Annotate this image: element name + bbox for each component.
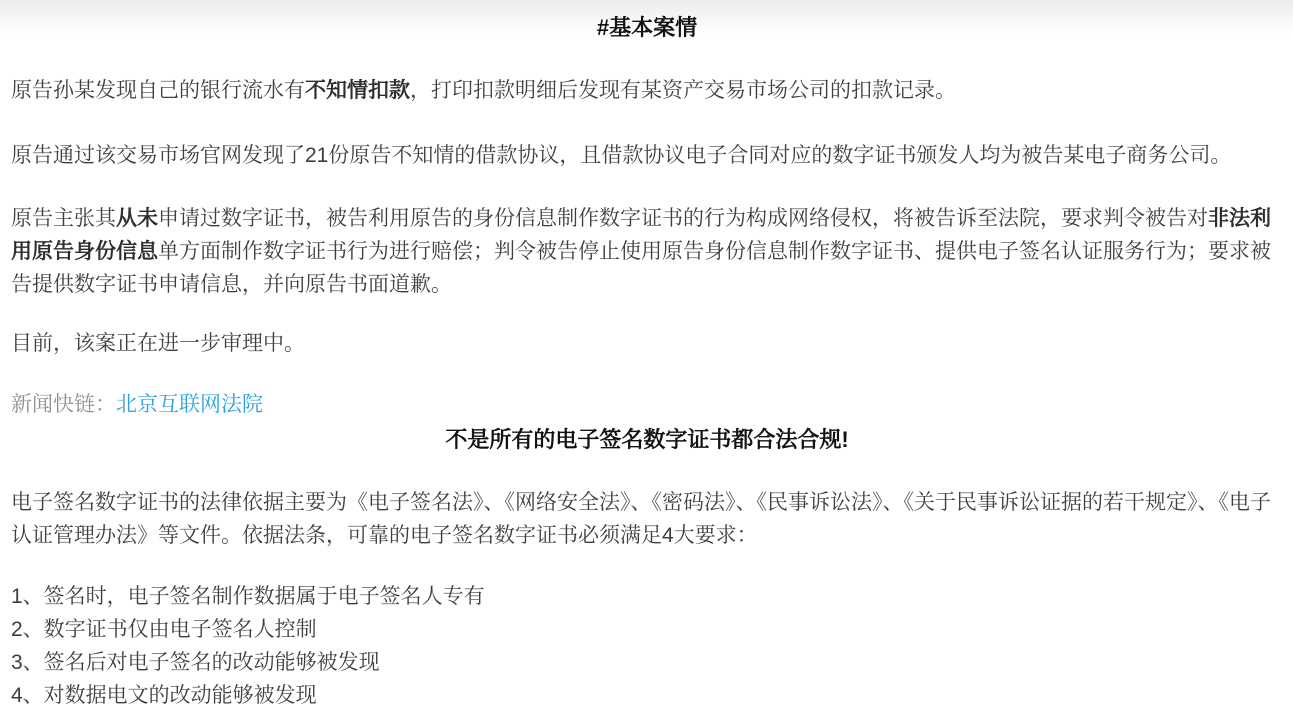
text-run: 原告主张其 <box>11 207 116 230</box>
bold-run-unknown-deduction: 不知情扣款 <box>305 79 410 102</box>
requirement-item-1: 1、签名时，电子签名制作数据属于电子签名人专有 <box>11 580 1283 613</box>
paragraph-legal-basis: 电子签名数字证书的法律依据主要为《电子签名法》、《网络安全法》、《密码法》、《民… <box>11 486 1283 552</box>
requirement-item-3: 3、签名后对电子签名的改动能够被发现 <box>11 646 1283 679</box>
text-run: ，打印扣款明细后发现有某资产交易市场公司的扣款记录。 <box>410 79 956 102</box>
article-page: #基本案情 原告孙某发现自己的银行流水有不知情扣款，打印扣款明细后发现有某资产交… <box>0 0 1293 717</box>
paragraph-case-status: 目前，该案正在进一步审理中。 <box>11 327 1283 360</box>
beijing-internet-court-link[interactable]: 北京互联网法院 <box>116 393 263 416</box>
bold-run-never: 从未 <box>116 207 158 230</box>
section-heading-compliance: 不是所有的电子签名数字证书都合法合规! <box>11 423 1283 456</box>
text-run: 原告孙某发现自己的银行流水有 <box>11 79 305 102</box>
section-heading-basic-case: #基本案情 <box>11 0 1283 44</box>
news-link-row: 新闻快链：北京互联网法院 <box>11 388 1283 421</box>
requirement-item-4: 4、对数据电文的改动能够被发现 <box>11 679 1283 712</box>
paragraph-loan-agreements: 原告通过该交易市场官网发现了21份原告不知情的借款协议，且借款协议电子合同对应的… <box>11 139 1283 172</box>
requirement-item-2: 2、数字证书仅由电子签名人控制 <box>11 613 1283 646</box>
paragraph-plaintiff-claims: 原告主张其从未申请过数字证书，被告利用原告的身份信息制作数字证书的行为构成网络侵… <box>11 202 1283 301</box>
article-content: #基本案情 原告孙某发现自己的银行流水有不知情扣款，打印扣款明细后发现有某资产交… <box>0 0 1293 712</box>
requirements-list: 1、签名时，电子签名制作数据属于电子签名人专有 2、数字证书仅由电子签名人控制 … <box>11 580 1283 712</box>
news-link-label: 新闻快链： <box>11 393 116 416</box>
text-run: 申请过数字证书，被告利用原告的身份信息制作数字证书的行为构成网络侵权，将被告诉至… <box>158 207 1208 230</box>
text-run: 单方面制作数字证书行为进行赔偿；判令被告停止使用原告身份信息制作数字证书、提供电… <box>11 240 1271 296</box>
paragraph-bank-deduction: 原告孙某发现自己的银行流水有不知情扣款，打印扣款明细后发现有某资产交易市场公司的… <box>11 74 1283 107</box>
